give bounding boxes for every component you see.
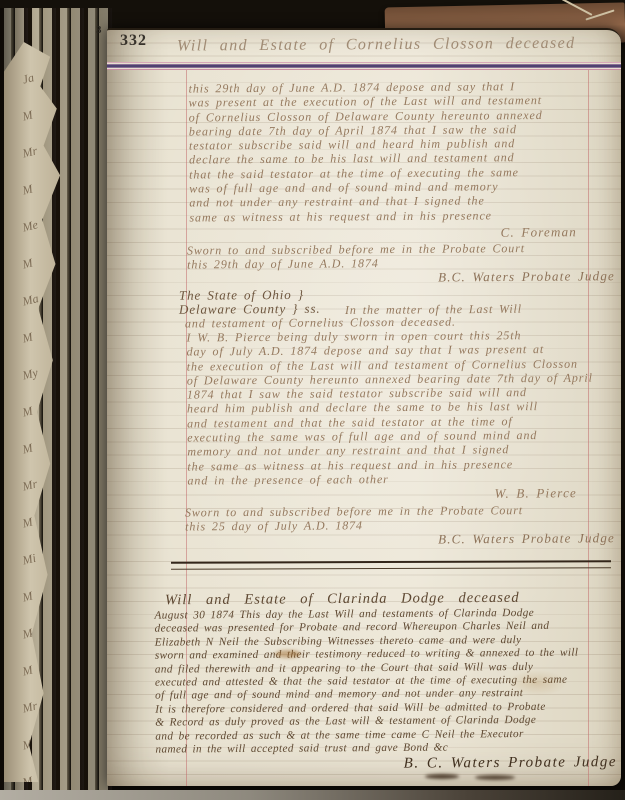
entry1-witness-signature: C. Foreman [347, 225, 577, 241]
entry3-title: Will and Estate of Clarinda Dodge deceas… [165, 591, 520, 608]
signature-underline-smudge [475, 775, 515, 780]
under-page-number-fragment: 3 [96, 24, 102, 36]
stacked-page-edges: JaMMrMMeMMaMMyMMMrMMiMMMMrMM 3 [0, 8, 112, 800]
entry2-witness-signature: W. B. Pierce [347, 486, 577, 502]
entry1-jurat: Sworn to and subscribed before me in the… [187, 241, 607, 273]
paper-stain [507, 670, 567, 696]
entry1-title: Will and Estate of Cornelius Closson dec… [177, 36, 617, 53]
page-number: 332 [120, 32, 147, 50]
entry2-judge-signature: B.C. Waters Probate Judge [387, 531, 615, 547]
entry-divider-rule [171, 560, 611, 570]
entry2-jurat: Sworn to and subscribed before me in the… [185, 503, 605, 535]
entry3-judge-signature: B. C. Waters Probate Judge [367, 755, 617, 771]
entry1-judge-signature: B.C. Waters Probate Judge [387, 269, 615, 285]
ink-stain [275, 650, 301, 658]
ledger-book-photo: JaMMrMMeMMaMMyMMMrMMiMMMMrMM 3 332 Will … [0, 0, 625, 800]
signature-underline-smudge [425, 774, 459, 779]
table-surface-edge [0, 790, 625, 800]
ledger-page: 332 Will and Estate of Cornelius Closson… [107, 28, 621, 786]
handwritten-line: same as witness at his request and in hi… [189, 207, 613, 224]
header-rule-band [107, 62, 621, 70]
entry1-body: this 29th day of June A.D. 1874 depose a… [189, 79, 614, 225]
entry2-body: I W. B. Pierce being duly sworn in open … [186, 328, 613, 488]
